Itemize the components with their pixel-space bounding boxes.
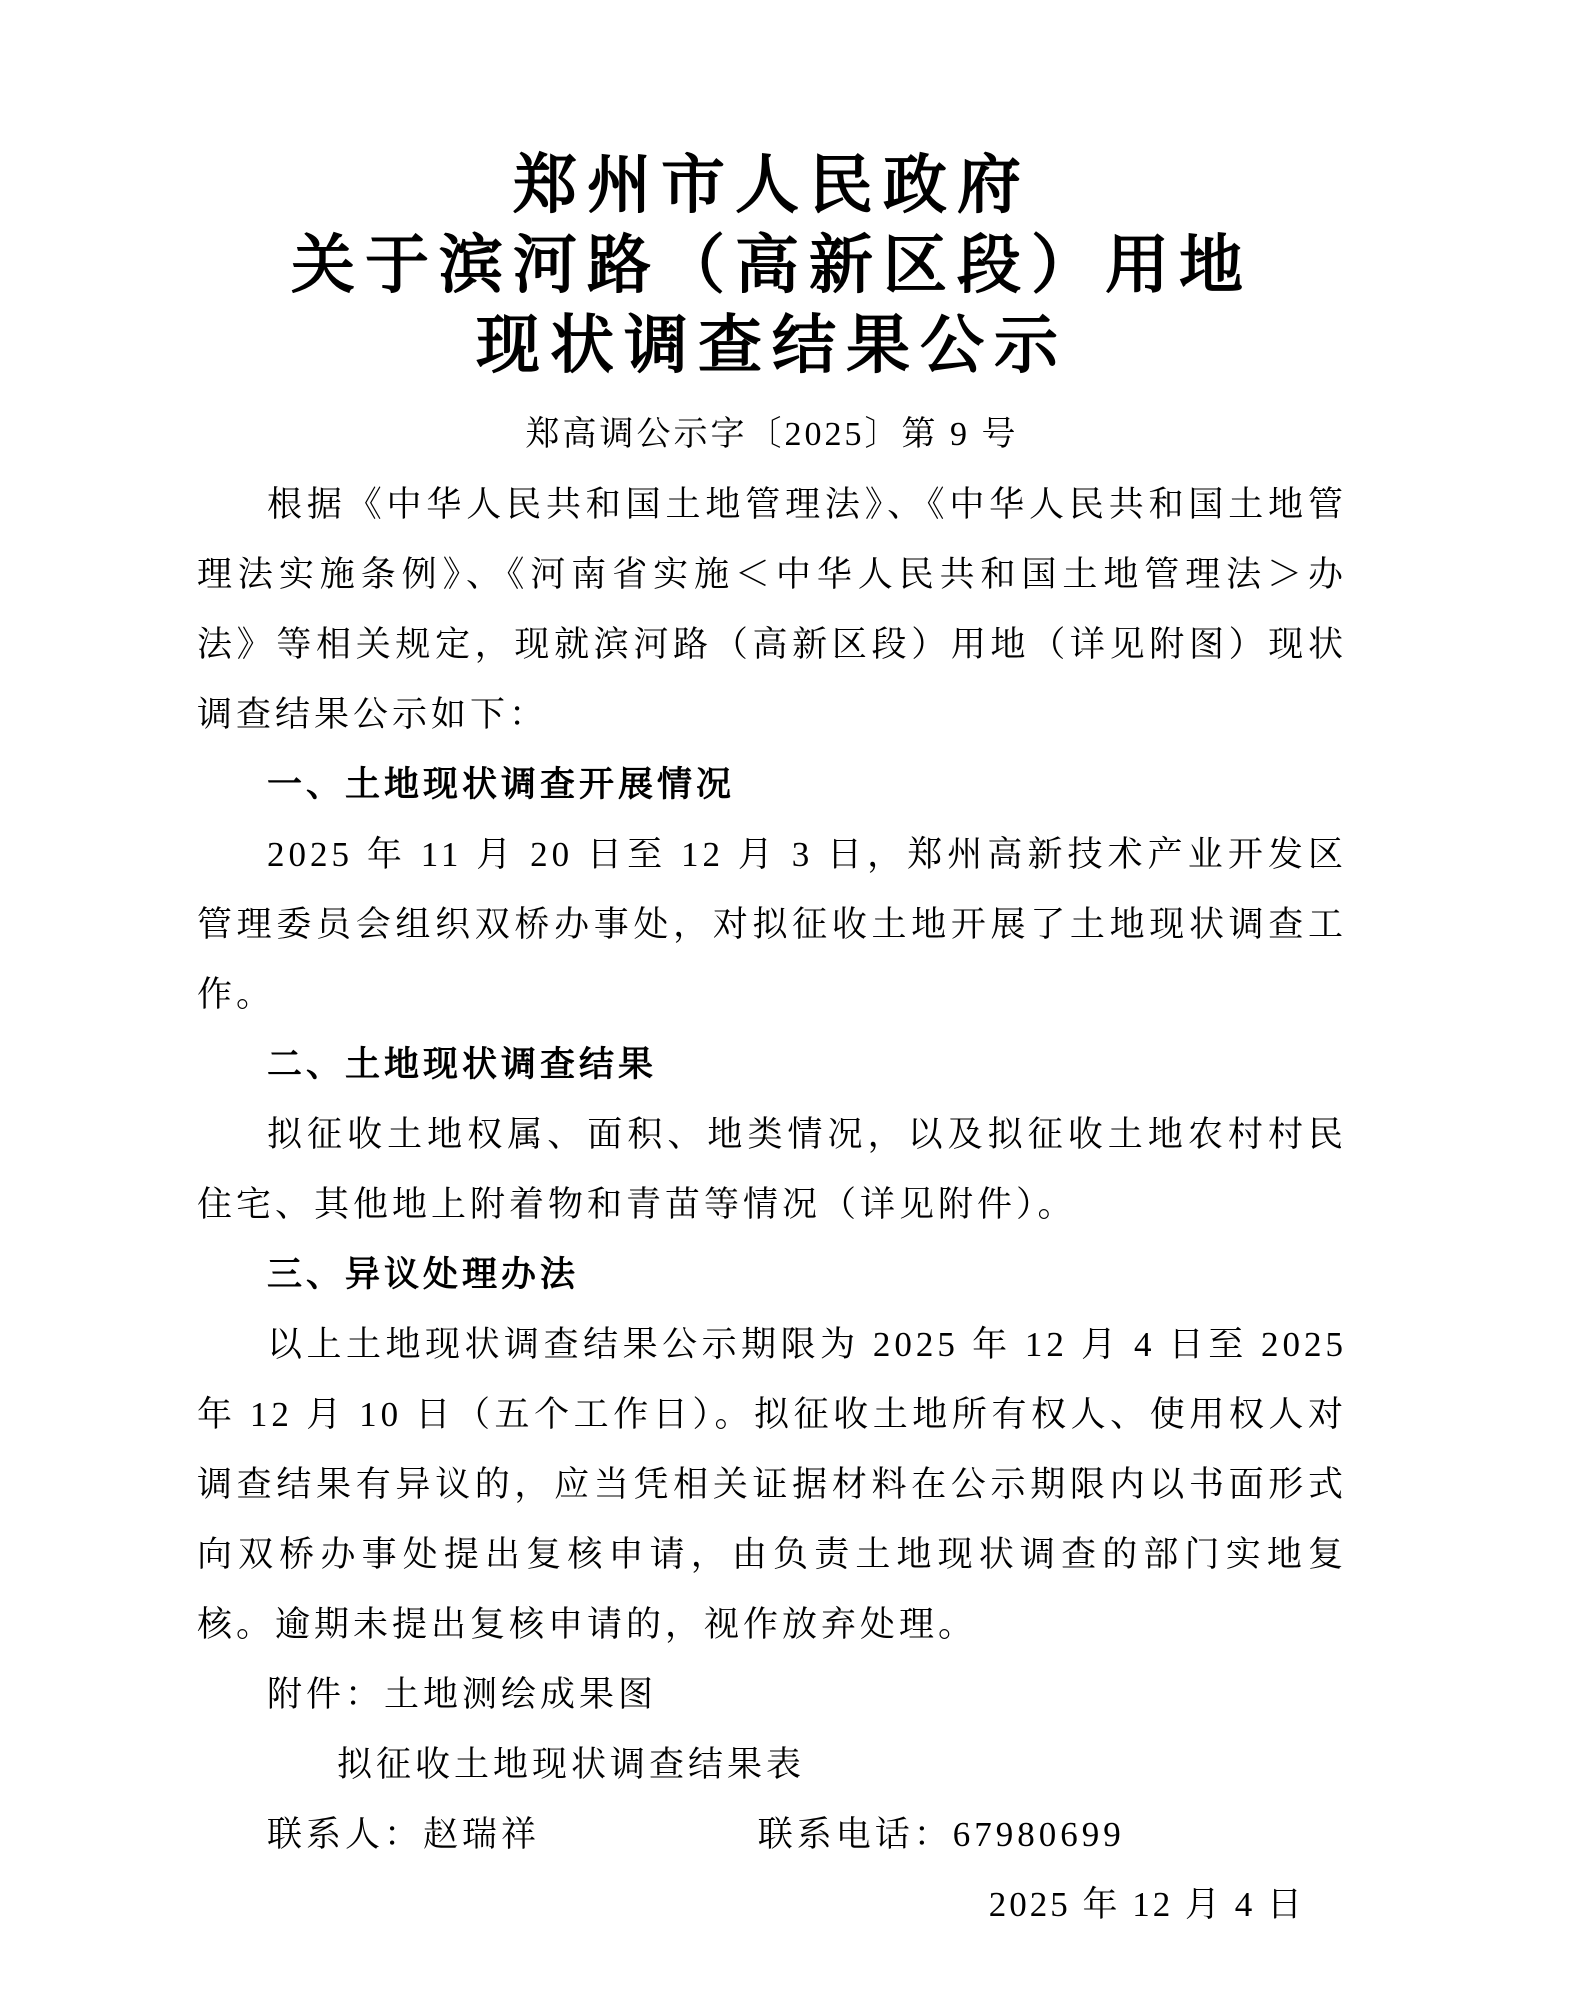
attachment-item-1: 土地测绘成果图 [384,1675,657,1714]
contact-phone-number: 67980699 [953,1815,1125,1854]
title-line-3: 现状调查结果公示 [197,306,1347,386]
contact-phone: 联系电话：67980699 [758,1815,1125,1854]
attachment-line-2: 拟征收土地现状调查结果表 [197,1730,1347,1800]
section-2-paragraph: 拟征收土地权属、面积、地类情况，以及拟征收土地农村村民住宅、其他地上附着物和青苗… [197,1100,1347,1240]
attachment-item-2: 拟征收土地现状调查结果表 [337,1745,805,1784]
section-2-heading: 二、土地现状调查结果 [197,1030,1347,1100]
contact-person-label: 联系人： [267,1815,423,1854]
section-1-heading: 一、土地现状调查开展情况 [197,750,1347,820]
contact-person: 联系人：赵瑞祥 [267,1815,540,1854]
contact-phone-label: 联系电话： [758,1815,953,1854]
contact-line: 联系人：赵瑞祥 联系电话：67980699 [197,1800,1347,1870]
notice-title: 郑州市人民政府 关于滨河路（高新区段）用地 现状调查结果公示 [197,146,1347,386]
attachment-line-1: 附件：土地测绘成果图 [197,1660,1347,1730]
attachment-label: 附件： [267,1675,384,1714]
section-3-heading: 三、异议处理办法 [197,1240,1347,1310]
contact-person-name: 赵瑞祥 [423,1815,540,1854]
section-1-paragraph: 2025 年 11 月 20 日至 12 月 3 日，郑州高新技术产业开发区管理… [197,820,1347,1030]
notice-page: 郑州市人民政府 关于滨河路（高新区段）用地 现状调查结果公示 郑高调公示字〔20… [0,0,1587,2000]
issue-date: 2025 年 12 月 4 日 [197,1870,1347,1940]
intro-paragraph: 根据《中华人民共和国土地管理法》、《中华人民共和国土地管理法实施条例》、《河南省… [197,470,1347,750]
doc-number: 郑高调公示字〔2025〕第 9 号 [197,400,1347,470]
section-3-paragraph: 以上土地现状调查结果公示期限为 2025 年 12 月 4 日至 2025 年 … [197,1310,1347,1660]
title-line-1: 郑州市人民政府 [197,146,1347,226]
title-line-2: 关于滨河路（高新区段）用地 [197,226,1347,306]
